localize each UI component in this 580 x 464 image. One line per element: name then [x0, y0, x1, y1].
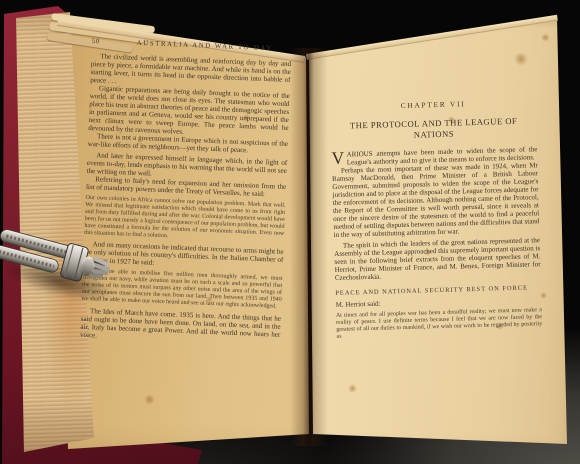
block-quote: At times and for all peoples war has bee…	[336, 307, 543, 340]
right-page-text: CHAPTER VII THE PROTOCOL AND THE LEAGUE …	[330, 97, 543, 344]
foxing-spot	[541, 33, 550, 42]
open-book-photo: 50 AUSTRALIA AND WAR TO-DAY The civilize…	[0, 0, 580, 464]
paragraph: The spirit in which the leaders of the g…	[334, 236, 541, 282]
foxing-spot	[348, 384, 357, 393]
foxing-spot	[514, 52, 528, 66]
silver-bookmark-icon	[0, 224, 124, 319]
paragraph: Gigantic preparations are being daily br…	[88, 84, 290, 140]
book-gutter-shadow	[290, 48, 328, 446]
foxing-spot	[144, 394, 155, 405]
drop-cap: V	[331, 151, 347, 165]
speaker-line: M. Herriot said:	[336, 295, 542, 309]
chapter-title: THE PROTOCOL AND THE LEAGUE OF NATIONS	[331, 115, 538, 142]
section-subheading: PEACE AND NATIONAL SECURITY REST ON FORC…	[335, 284, 541, 297]
page-number: 50	[92, 38, 118, 46]
paragraph: Perhaps the most important of these was …	[332, 161, 540, 239]
